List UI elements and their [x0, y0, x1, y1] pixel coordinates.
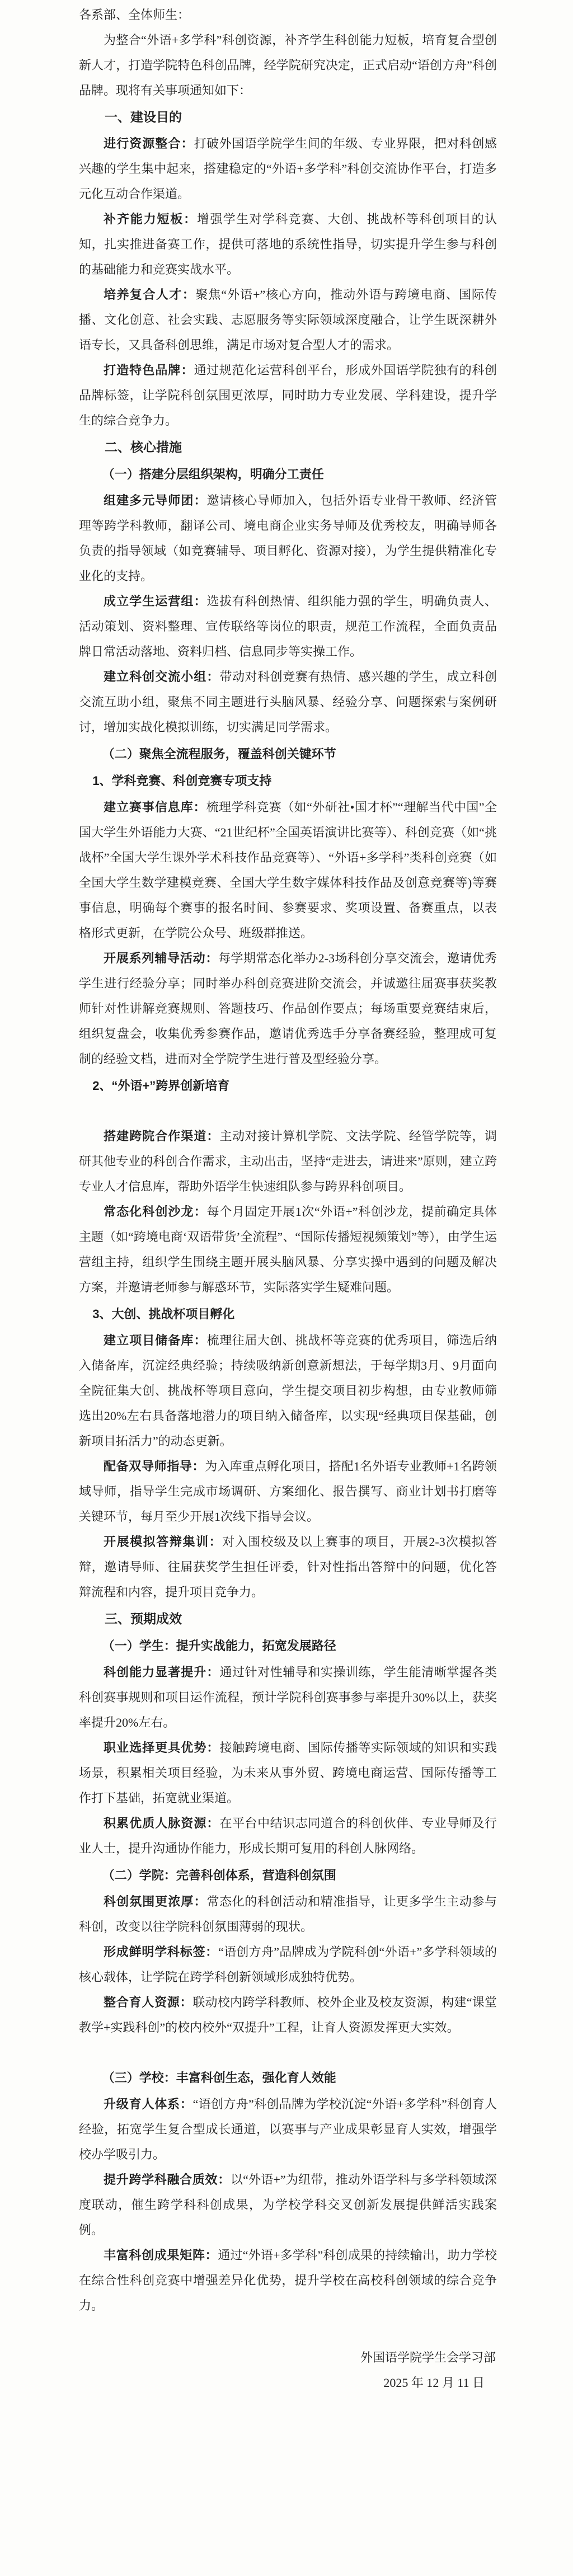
sub-section-heading: （一）搭建分层组织架构，明确分工责任: [79, 462, 497, 487]
paragraph: 升级育人体系：“语创方舟”科创品牌为学校沉淀“外语+多学科”科创育人经验，拓宽学…: [79, 2091, 497, 2167]
signature-department: 外国语学院学生会学习部: [79, 2345, 497, 2370]
paragraph-label: 开展模拟答辩集训：: [104, 1535, 222, 1549]
sub-section-heading: （三）学校：丰富科创生态，强化育人效能: [79, 2065, 497, 2090]
numbered-heading: 2、“外语+”跨界创新培育: [79, 1073, 497, 1098]
paragraph: 为整合“外语+多学科”科创资源，补齐学生科创能力短板，培育复合型创新人才，打造学…: [79, 27, 497, 103]
paragraph-label: 升级育人体系：: [104, 2097, 193, 2111]
sub-section-heading: （一）学生：提升实战能力，拓宽发展路径: [79, 1633, 497, 1658]
paragraph-label: 提升跨学科融合质效：: [104, 2173, 231, 2187]
paragraph: 开展模拟答辩集训：对入围校级及以上赛事的项目，开展2-3次模拟答辩，邀请导师、往…: [79, 1529, 497, 1605]
paragraph: 建立科创交流小组：带动对科创竞赛有热情、感兴趣的学生，成立科创交流互助小组，聚焦…: [79, 664, 497, 740]
paragraph: 提升跨学科融合质效：以“外语+”为纽带，推动外语学科与多学科领域深度联动，催生跨…: [79, 2167, 497, 2243]
paragraph: 职业选择更具优势：接触跨境电商、国际传播等实际领域的知识和实践场景，积累相关项目…: [79, 1735, 497, 1811]
paragraph-label: 进行资源整合：: [104, 137, 194, 151]
paragraph-label: 整合育人资源：: [104, 1995, 192, 2009]
document-body: 为整合“外语+多学科”科创资源，补齐学生科创能力短板，培育复合型创新人才，打造学…: [79, 27, 497, 2318]
paragraph: 培养复合人才：聚焦“外语+”核心方向，推动外语与跨境电商、国际传播、文化创意、社…: [79, 282, 497, 358]
paragraph: 进行资源整合：打破外国语学院学生间的年级、专业界限，把对科创感兴趣的学生集中起来…: [79, 131, 497, 206]
signature-date: 2025 年 12 月 11 日: [79, 2370, 497, 2395]
paragraph-label: 形成鲜明学科标签：: [104, 1945, 218, 1959]
paragraph-label: 科创能力显著提升：: [104, 1665, 219, 1679]
sub-section-heading: （二）聚焦全流程服务，覆盖科创关键环节: [79, 741, 497, 767]
paragraph-label: 建立项目储备库：: [104, 1333, 207, 1347]
paragraph-text: 梳理往届大创、挑战杯等竞赛的优秀项目，筛选后纳入储备库，沉淀经典经验；持续吸纳新…: [79, 1333, 497, 1448]
paragraph-label: 建立赛事信息库：: [104, 800, 206, 814]
numbered-heading: 3、大创、挑战杯项目孵化: [79, 1301, 497, 1327]
paragraph: 丰富科创成果矩阵：通过“外语+多学科”科创成果的持续输出，助力学校在综合性科创竞…: [79, 2243, 497, 2318]
paragraph: 成立学生运营组：选拔有科创热情、组织能力强的学生，明确负责人、活动策划、资料整理…: [79, 589, 497, 664]
paragraph: 科创氛围更浓厚：常态化的科创活动和精准指导，让更多学生主动参与科创，改变以往学院…: [79, 1889, 497, 1939]
paragraph: 建立项目储备库：梳理往届大创、挑战杯等竞赛的优秀项目，筛选后纳入储备库，沉淀经典…: [79, 1328, 497, 1454]
paragraph-label: 建立科创交流小组：: [104, 670, 219, 684]
paragraph: 整合育人资源：联动校内跨学科教师、校外企业及校友资源，构建“课堂教学+实践科创”…: [79, 1990, 497, 2040]
paragraph: 积累优质人脉资源：在平台中结识志同道合的科创伙伴、专业导师及行业人士，提升沟通协…: [79, 1811, 497, 1861]
paragraph-text: 每学期常态化举办2-3场科创分享交流会，邀请优秀学生进行经验分享；同时举办科创竞…: [79, 951, 497, 1066]
paragraph-label: 职业选择更具优势：: [104, 1741, 219, 1755]
paragraph: 补齐能力短板：增强学生对学科竞赛、大创、挑战杯等科创项目的认知，扎实推进备赛工作…: [79, 206, 497, 282]
section-heading: 三、预期成效: [79, 1606, 497, 1632]
salutation: 各系部、全体师生：: [79, 2, 497, 27]
paragraph: 形成鲜明学科标签：“语创方舟”品牌成为学院科创“外语+”多学科领域的核心载体，让…: [79, 1939, 497, 1990]
paragraph: 建立赛事信息库：梳理学科竞赛（如“外研社•国才杯”“理解当代中国”全国大学生外语…: [79, 795, 497, 946]
paragraph: 开展系列辅导活动：每学期常态化举办2-3场科创分享交流会，邀请优秀学生进行经验分…: [79, 946, 497, 1071]
paragraph-label: 成立学生运营组：: [104, 594, 207, 608]
section-heading: 二、核心措施: [79, 435, 497, 460]
paragraph: 科创能力显著提升：通过针对性辅导和实操训练，学生能清晰掌握各类科创赛事规则和项目…: [79, 1660, 497, 1735]
paragraph-label: 积累优质人脉资源：: [104, 1816, 219, 1830]
paragraph-label: 常态化科创沙龙：: [104, 1205, 207, 1219]
paragraph-label: 培养复合人才：: [104, 288, 195, 302]
paragraph-label: 丰富科创成果矩阵：: [104, 2248, 218, 2262]
paragraph: 打造特色品牌：通过规范化运营科创平台，形成外国语学院独有的科创品牌标签，让学院科…: [79, 358, 497, 433]
paragraph-label: 组建多元导师团：: [104, 493, 207, 507]
paragraph: 搭建跨院合作渠道：主动对接计算机学院、文法学院、经管学院等，调研其他专业的科创合…: [79, 1124, 497, 1199]
paragraph-label: 配备双导师指导：: [104, 1459, 205, 1473]
sub-section-heading: （二）学院：完善科创体系，营造科创氛围: [79, 1863, 497, 1888]
section-heading: 一、建设目的: [79, 105, 497, 130]
paragraph-label: 打造特色品牌：: [104, 363, 194, 377]
paragraph-label: 科创氛围更浓厚：: [104, 1895, 207, 1909]
document-page: 各系部、全体师生： 为整合“外语+多学科”科创资源，补齐学生科创能力短板，培育复…: [0, 0, 573, 2576]
paragraph: 常态化科创沙龙：每个月固定开展1次“外语+”科创沙龙，提前确定具体主题（如“跨境…: [79, 1199, 497, 1300]
paragraph-label: 开展系列辅导活动：: [104, 951, 218, 965]
paragraph: 组建多元导师团：邀请核心导师加入，包括外语专业骨干教师、经济管理等跨学科教师，翻…: [79, 488, 497, 589]
paragraph: 配备双导师指导：为入库重点孵化项目，搭配1名外语专业教师+1名跨领域导师，指导学…: [79, 1454, 497, 1529]
paragraph-label: 搭建跨院合作渠道：: [104, 1129, 219, 1143]
paragraph-text: 梳理学科竞赛（如“外研社•国才杯”“理解当代中国”全国大学生外语能力大赛、“21…: [79, 800, 497, 940]
paragraph-label: 补齐能力短板：: [104, 212, 197, 226]
numbered-heading: 1、学科竞赛、科创竞赛专项支持: [79, 768, 497, 793]
